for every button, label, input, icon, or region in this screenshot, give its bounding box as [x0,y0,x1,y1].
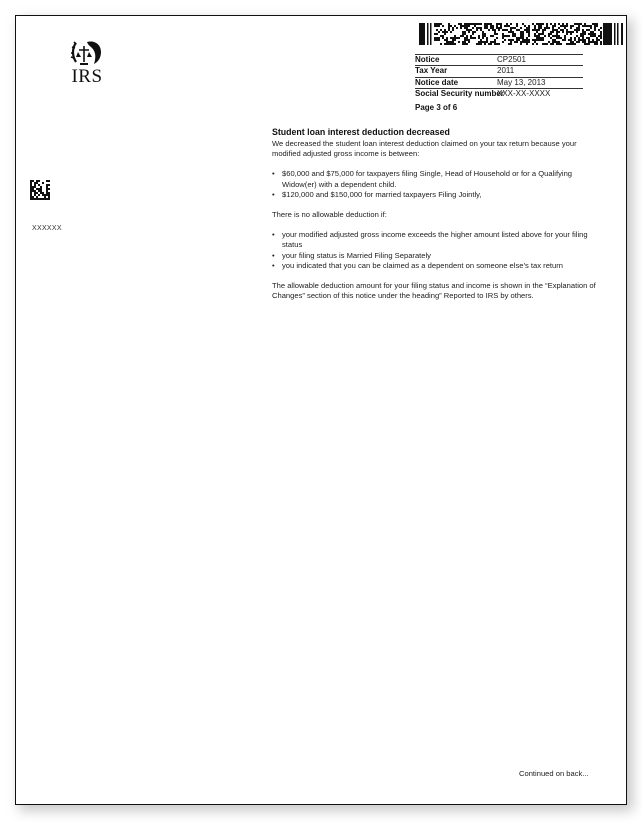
irs-wordmark: IRS [60,68,114,86]
irs-eagle-icon [70,38,104,68]
continued-note: Continued on back... [519,769,589,778]
list-item: $120,000 and $150,000 for married taxpay… [272,190,602,200]
list-item: your modified adjusted gross income exce… [272,230,602,250]
list-item: $60,000 and $75,000 for taxpayers filing… [272,169,602,189]
list-item: your filing status is Married Filing Sep… [272,251,602,261]
page-number: Page 3 of 6 [415,103,583,112]
info-label: Social Security number [415,89,497,99]
income-range-list: $60,000 and $75,000 for taxpayers filing… [272,169,602,200]
no-deduction-intro: There is no allowable deduction if: [272,210,602,220]
info-value: XXX-XX-XXXX [497,89,550,99]
info-label: Tax Year [415,66,497,76]
closing-paragraph: The allowable deduction amount for your … [272,281,602,301]
info-row-ssn: Social Security number XXX-XX-XXXX [415,88,583,99]
intro-paragraph: We decreased the student loan interest d… [272,139,602,159]
notice-info-table: Notice CP2501 Tax Year 2011 Notice date … [415,54,583,112]
masked-id: XXXXXX [32,225,62,232]
info-value: 2011 [497,66,514,76]
datamatrix-code [30,180,50,200]
barcode [419,23,624,45]
no-deduction-list: your modified adjusted gross income exce… [272,230,602,271]
info-label: Notice [415,55,497,65]
info-row-notice: Notice CP2501 [415,54,583,65]
notice-body: Student loan interest deduction decrease… [272,127,602,301]
info-value: CP2501 [497,55,526,65]
info-label: Notice date [415,78,497,88]
irs-logo: IRS [60,38,114,86]
notice-page: IRS Notice CP2501 Tax Year 2011 Notice d… [15,15,627,805]
list-item: you indicated that you can be claimed as… [272,261,602,271]
info-row-tax-year: Tax Year 2011 [415,65,583,76]
section-heading: Student loan interest deduction decrease… [272,127,602,138]
info-row-notice-date: Notice date May 13, 2013 [415,77,583,88]
info-value: May 13, 2013 [497,78,545,88]
